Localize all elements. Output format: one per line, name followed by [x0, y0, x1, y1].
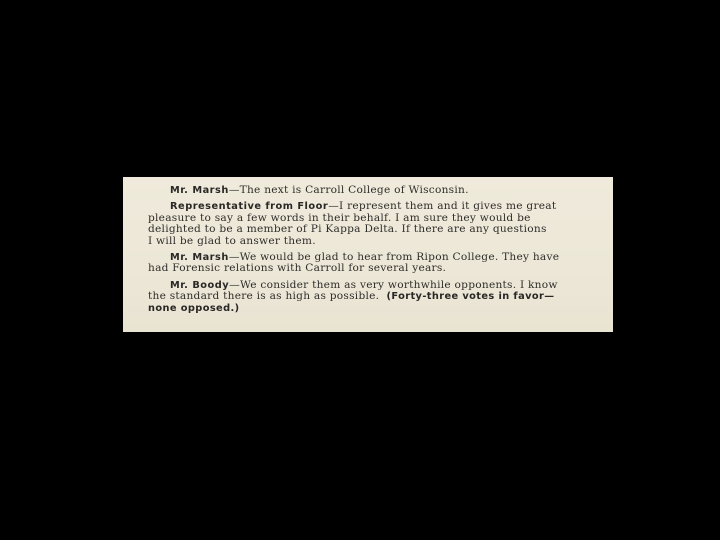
paragraph-text: The next is Carroll College of Wisconsin… [240, 184, 469, 196]
document-clipping: Mr. Marsh—The next is Carroll College of… [123, 177, 613, 332]
em-dash: — [229, 184, 240, 196]
em-dash: — [229, 251, 240, 263]
paragraph-marsh-2: Mr. Marsh—We would be glad to hear from … [126, 252, 603, 275]
em-dash: — [328, 200, 339, 212]
speaker-name: Mr. Marsh [170, 252, 229, 263]
em-dash: — [229, 279, 240, 291]
paragraph-boody: Mr. Boody—We consider them as very worth… [126, 280, 603, 314]
paragraph-text: the standard there is as high as possibl… [148, 290, 379, 302]
paragraph-text: had Forensic relations with Carroll for … [126, 263, 603, 274]
paragraph-text: We would be glad to hear from Ripon Coll… [240, 251, 560, 263]
paragraph-text: I represent them and it gives me great [339, 200, 556, 212]
speaker-name: Mr. Boody [170, 280, 229, 291]
paragraph-text: We consider them as very worthwhile oppo… [240, 279, 558, 291]
paragraph-text: I will be glad to answer them. [126, 236, 603, 247]
speaker-name: Representative from Floor [170, 201, 328, 212]
vote-note: none opposed.) [126, 303, 603, 314]
paragraph-representative: Representative from Floor—I represent th… [126, 201, 603, 247]
speaker-name: Mr. Marsh [170, 185, 229, 196]
paragraph-marsh-1: Mr. Marsh—The next is Carroll College of… [126, 185, 603, 196]
paragraph-text: delighted to be a member of Pi Kappa Del… [126, 224, 603, 235]
vote-note: (Forty-three votes in favor— [387, 291, 555, 302]
